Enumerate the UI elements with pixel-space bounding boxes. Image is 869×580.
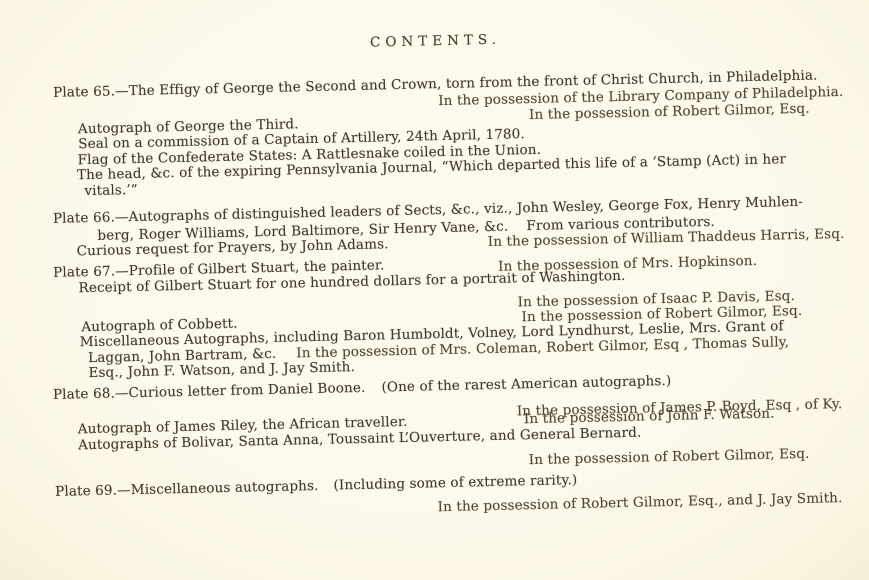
plate-69-title-row: Plate 69.—Miscellaneous autographs. (Inc… xyxy=(55,473,578,500)
plate-68-owner-watson: In the possession of John F. Watson. xyxy=(524,407,775,428)
page-sheet: CONTENTS. Plate 65.—The Effigy of George… xyxy=(0,0,869,580)
plate-67-item-misc-line-3: Esq., John F. Watson, and J. Jay Smith. xyxy=(88,360,355,381)
scanned-book-page: CONTENTS. Plate 65.—The Effigy of George… xyxy=(0,0,869,580)
plate-69-rarity-note: (Including some of extreme rarity.) xyxy=(333,473,577,494)
plate-69-owner: In the possession of Robert Gilmor, Esq.… xyxy=(437,491,842,515)
plate-69-title: Plate 69.—Miscellaneous autographs. xyxy=(55,479,319,500)
plate-68-rarity-note: (One of the rarest American autographs.) xyxy=(381,374,671,396)
plate-68-title: Plate 68.—Curious letter from Daniel Boo… xyxy=(53,381,366,403)
plate-68-owner-gilmor: In the possession of Robert Gilmor, Esq. xyxy=(529,447,810,468)
page-title: CONTENTS. xyxy=(1,24,869,59)
plate-65-item-journal-continuation: vitals.’” xyxy=(84,183,138,199)
